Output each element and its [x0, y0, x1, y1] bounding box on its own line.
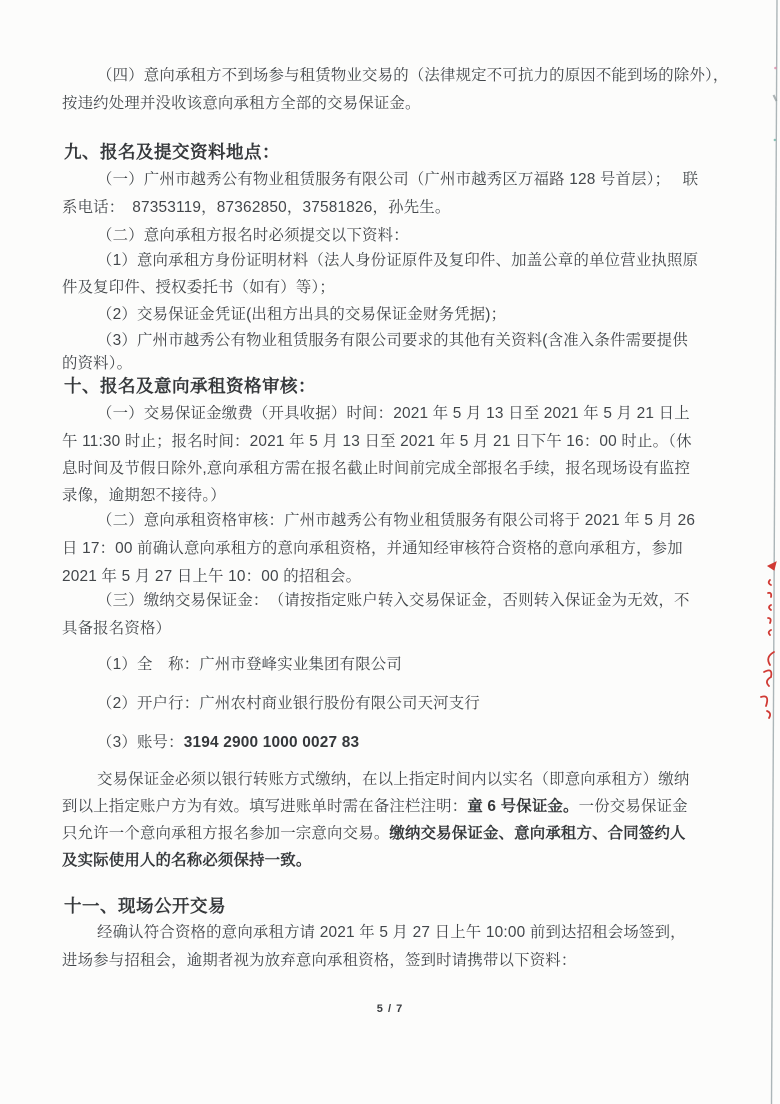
text-line: （1）意向承租方身份证明材料（法人身份证原件及复印件、加盖公章的单位营业执照原: [97, 251, 698, 271]
text-line: （3）广州市越秀公有物业租赁服务有限公司要求的其他有关资料(含准入条件需要提供: [97, 331, 688, 351]
text-run: 2021 年 5 月 27 日上午 10：00 的招租会。: [62, 568, 361, 585]
text-line: 息时间及节假日除外,意向承租方需在报名截止时间前完成全部报名手续，报名现场设有监…: [62, 459, 690, 479]
document-page: （四）意向承租方不到场参与租赁物业交易的（法律规定不可抗力的原因不能到场的除外）…: [0, 0, 780, 1104]
text-run: （二）意向承租资格审核：广州市越秀公有物业租赁服务有限公司将于 2021 年 5…: [97, 512, 695, 529]
text-run: 只允许一个意向承租方报名参加一宗意向交易。: [62, 825, 389, 842]
text-line: （一）交易保证金缴费（开具收据）时间：2021 年 5 月 13 日至 2021…: [97, 404, 690, 424]
section-heading: 十一、现场公开交易: [64, 896, 226, 916]
text-line: 具备报名资格）: [62, 619, 171, 639]
text-line: 的资料）。: [62, 354, 132, 374]
text-line: 经确认符合资格的意向承租方请 2021 年 5 月 27 日上午 10:00 前…: [97, 923, 686, 943]
emphasized-text-run: 童 6 号保证金。: [467, 798, 578, 815]
text-run: （2）开户行：广州农村商业银行股份有限公司天河支行: [97, 695, 480, 712]
text-run: （一）交易保证金缴费（开具收据）时间：2021 年 5 月 13 日至 2021…: [97, 405, 690, 422]
text-run: （四）意向承租方不到场参与租赁物业交易的（法律规定不可抗力的原因不能到场的除外）…: [97, 67, 729, 84]
emphasized-text-run: 及实际使用人的名称必须保持一致。: [62, 852, 311, 869]
text-run: 息时间及节假日除外,意向承租方需在报名截止时间前完成全部报名手续，报名现场设有监…: [62, 460, 690, 477]
text-line: （2）开户行：广州农村商业银行股份有限公司天河支行: [97, 694, 480, 714]
text-line: （1）全 称：广州市登峰实业集团有限公司: [97, 655, 402, 675]
text-run: 到以上指定账户方为有效。填写进账单时需在备注栏注明：: [62, 798, 467, 815]
text-run: 件及复印件、授权委托书（如有）等）；: [62, 279, 335, 296]
text-line: 到以上指定账户方为有效。填写进账单时需在备注栏注明：童 6 号保证金。一份交易保…: [62, 797, 688, 817]
text-line: （二）意向承租方报名时必须提交以下资料：: [97, 226, 409, 246]
text-run: 具备报名资格）: [62, 620, 171, 637]
text-run: 的资料）。: [62, 355, 132, 372]
text-line: （四）意向承租方不到场参与租赁物业交易的（法律规定不可抗力的原因不能到场的除外）…: [97, 66, 729, 86]
text-line: 交易保证金必须以银行转账方式缴纳，在以上指定时间内以实名（即意向承租方）缴纳: [97, 770, 689, 790]
page-number: 5 / 7: [0, 1003, 780, 1015]
text-run: 午 11:30 时止；报名时间：2021 年 5 月 13 日至 2021 年 …: [62, 433, 692, 450]
text-line: 进场参与招租会，逾期者视为放弃意向承租资格，签到时请携带以下资料：: [62, 951, 577, 971]
text-line: （2）交易保证金凭证(出租方出具的交易保证金财务凭据)；: [97, 305, 506, 325]
text-run: 一份交易保证金: [579, 798, 688, 815]
text-run: 经确认符合资格的意向承租方请 2021 年 5 月 27 日上午 10:00 前…: [97, 924, 686, 941]
text-line: 录像，逾期恕不接待。）: [62, 486, 226, 506]
text-run: 日 17：00 前确认意向承租方的意向承租资格，并通知经审核符合资格的意向承租方…: [62, 540, 683, 557]
text-line: 午 11:30 时止；报名时间：2021 年 5 月 13 日至 2021 年 …: [62, 432, 692, 452]
text-run: （3）广州市越秀公有物业租赁服务有限公司要求的其他有关资料(含准入条件需要提供: [97, 332, 688, 349]
text-run: 交易保证金必须以银行转账方式缴纳，在以上指定时间内以实名（即意向承租方）缴纳: [97, 771, 689, 788]
text-run: 进场参与招租会，逾期者视为放弃意向承租资格，签到时请携带以下资料：: [62, 952, 577, 969]
text-line: 系电话： 87353119，87362850，37581826，孙先生。: [62, 198, 450, 218]
text-run: （1）全 称：广州市登峰实业集团有限公司: [97, 656, 402, 673]
text-run: 九、报名及提交资料地点：: [64, 142, 280, 162]
text-run: （二）意向承租方报名时必须提交以下资料：: [97, 227, 409, 244]
text-line: （3）账号：3194 2900 1000 0027 83: [97, 733, 359, 753]
text-run: 十一、现场公开交易: [64, 896, 226, 916]
text-line: 及实际使用人的名称必须保持一致。: [62, 851, 311, 871]
text-line: （三）缴纳交易保证金： （请按指定账户转入交易保证金，否则转入保证金为无效，不: [97, 591, 690, 611]
text-layer: （四）意向承租方不到场参与租赁物业交易的（法律规定不可抗力的原因不能到场的除外）…: [0, 0, 780, 1104]
text-line: 日 17：00 前确认意向承租方的意向承租资格，并通知经审核符合资格的意向承租方…: [62, 539, 683, 559]
text-run: （3）账号：: [97, 734, 184, 751]
text-run: 录像，逾期恕不接待。）: [62, 487, 226, 504]
section-heading: 九、报名及提交资料地点：: [64, 142, 280, 162]
emphasized-text-run: 3194 2900 1000 0027 83: [184, 734, 360, 751]
text-line: 按违约处理并没收该意向承租方全部的交易保证金。: [62, 94, 421, 114]
section-heading: 十、报名及意向承租资格审核：: [64, 376, 316, 396]
text-line: 2021 年 5 月 27 日上午 10：00 的招租会。: [62, 567, 361, 587]
text-run: （一）广州市越秀公有物业租赁服务有限公司（广州市越秀区万福路 128 号首层）；…: [97, 171, 698, 188]
text-run: 十、报名及意向承租资格审核：: [64, 376, 316, 396]
text-line: （二）意向承租资格审核：广州市越秀公有物业租赁服务有限公司将于 2021 年 5…: [97, 511, 695, 531]
text-line: （一）广州市越秀公有物业租赁服务有限公司（广州市越秀区万福路 128 号首层）；…: [97, 170, 698, 190]
text-line: 只允许一个意向承租方报名参加一宗意向交易。缴纳交易保证金、意向承租方、合同签约人: [62, 824, 686, 844]
text-run: （1）意向承租方身份证明材料（法人身份证原件及复印件、加盖公章的单位营业执照原: [97, 252, 698, 269]
text-line: 件及复印件、授权委托书（如有）等）；: [62, 278, 335, 298]
text-run: 系电话： 87353119，87362850，37581826，孙先生。: [62, 199, 450, 216]
emphasized-text-run: 缴纳交易保证金、意向承租方、合同签约人: [389, 825, 685, 842]
text-run: （2）交易保证金凭证(出租方出具的交易保证金财务凭据)；: [97, 306, 506, 323]
text-run: （三）缴纳交易保证金： （请按指定账户转入交易保证金，否则转入保证金为无效，不: [97, 592, 690, 609]
text-run: 按违约处理并没收该意向承租方全部的交易保证金。: [62, 95, 421, 112]
